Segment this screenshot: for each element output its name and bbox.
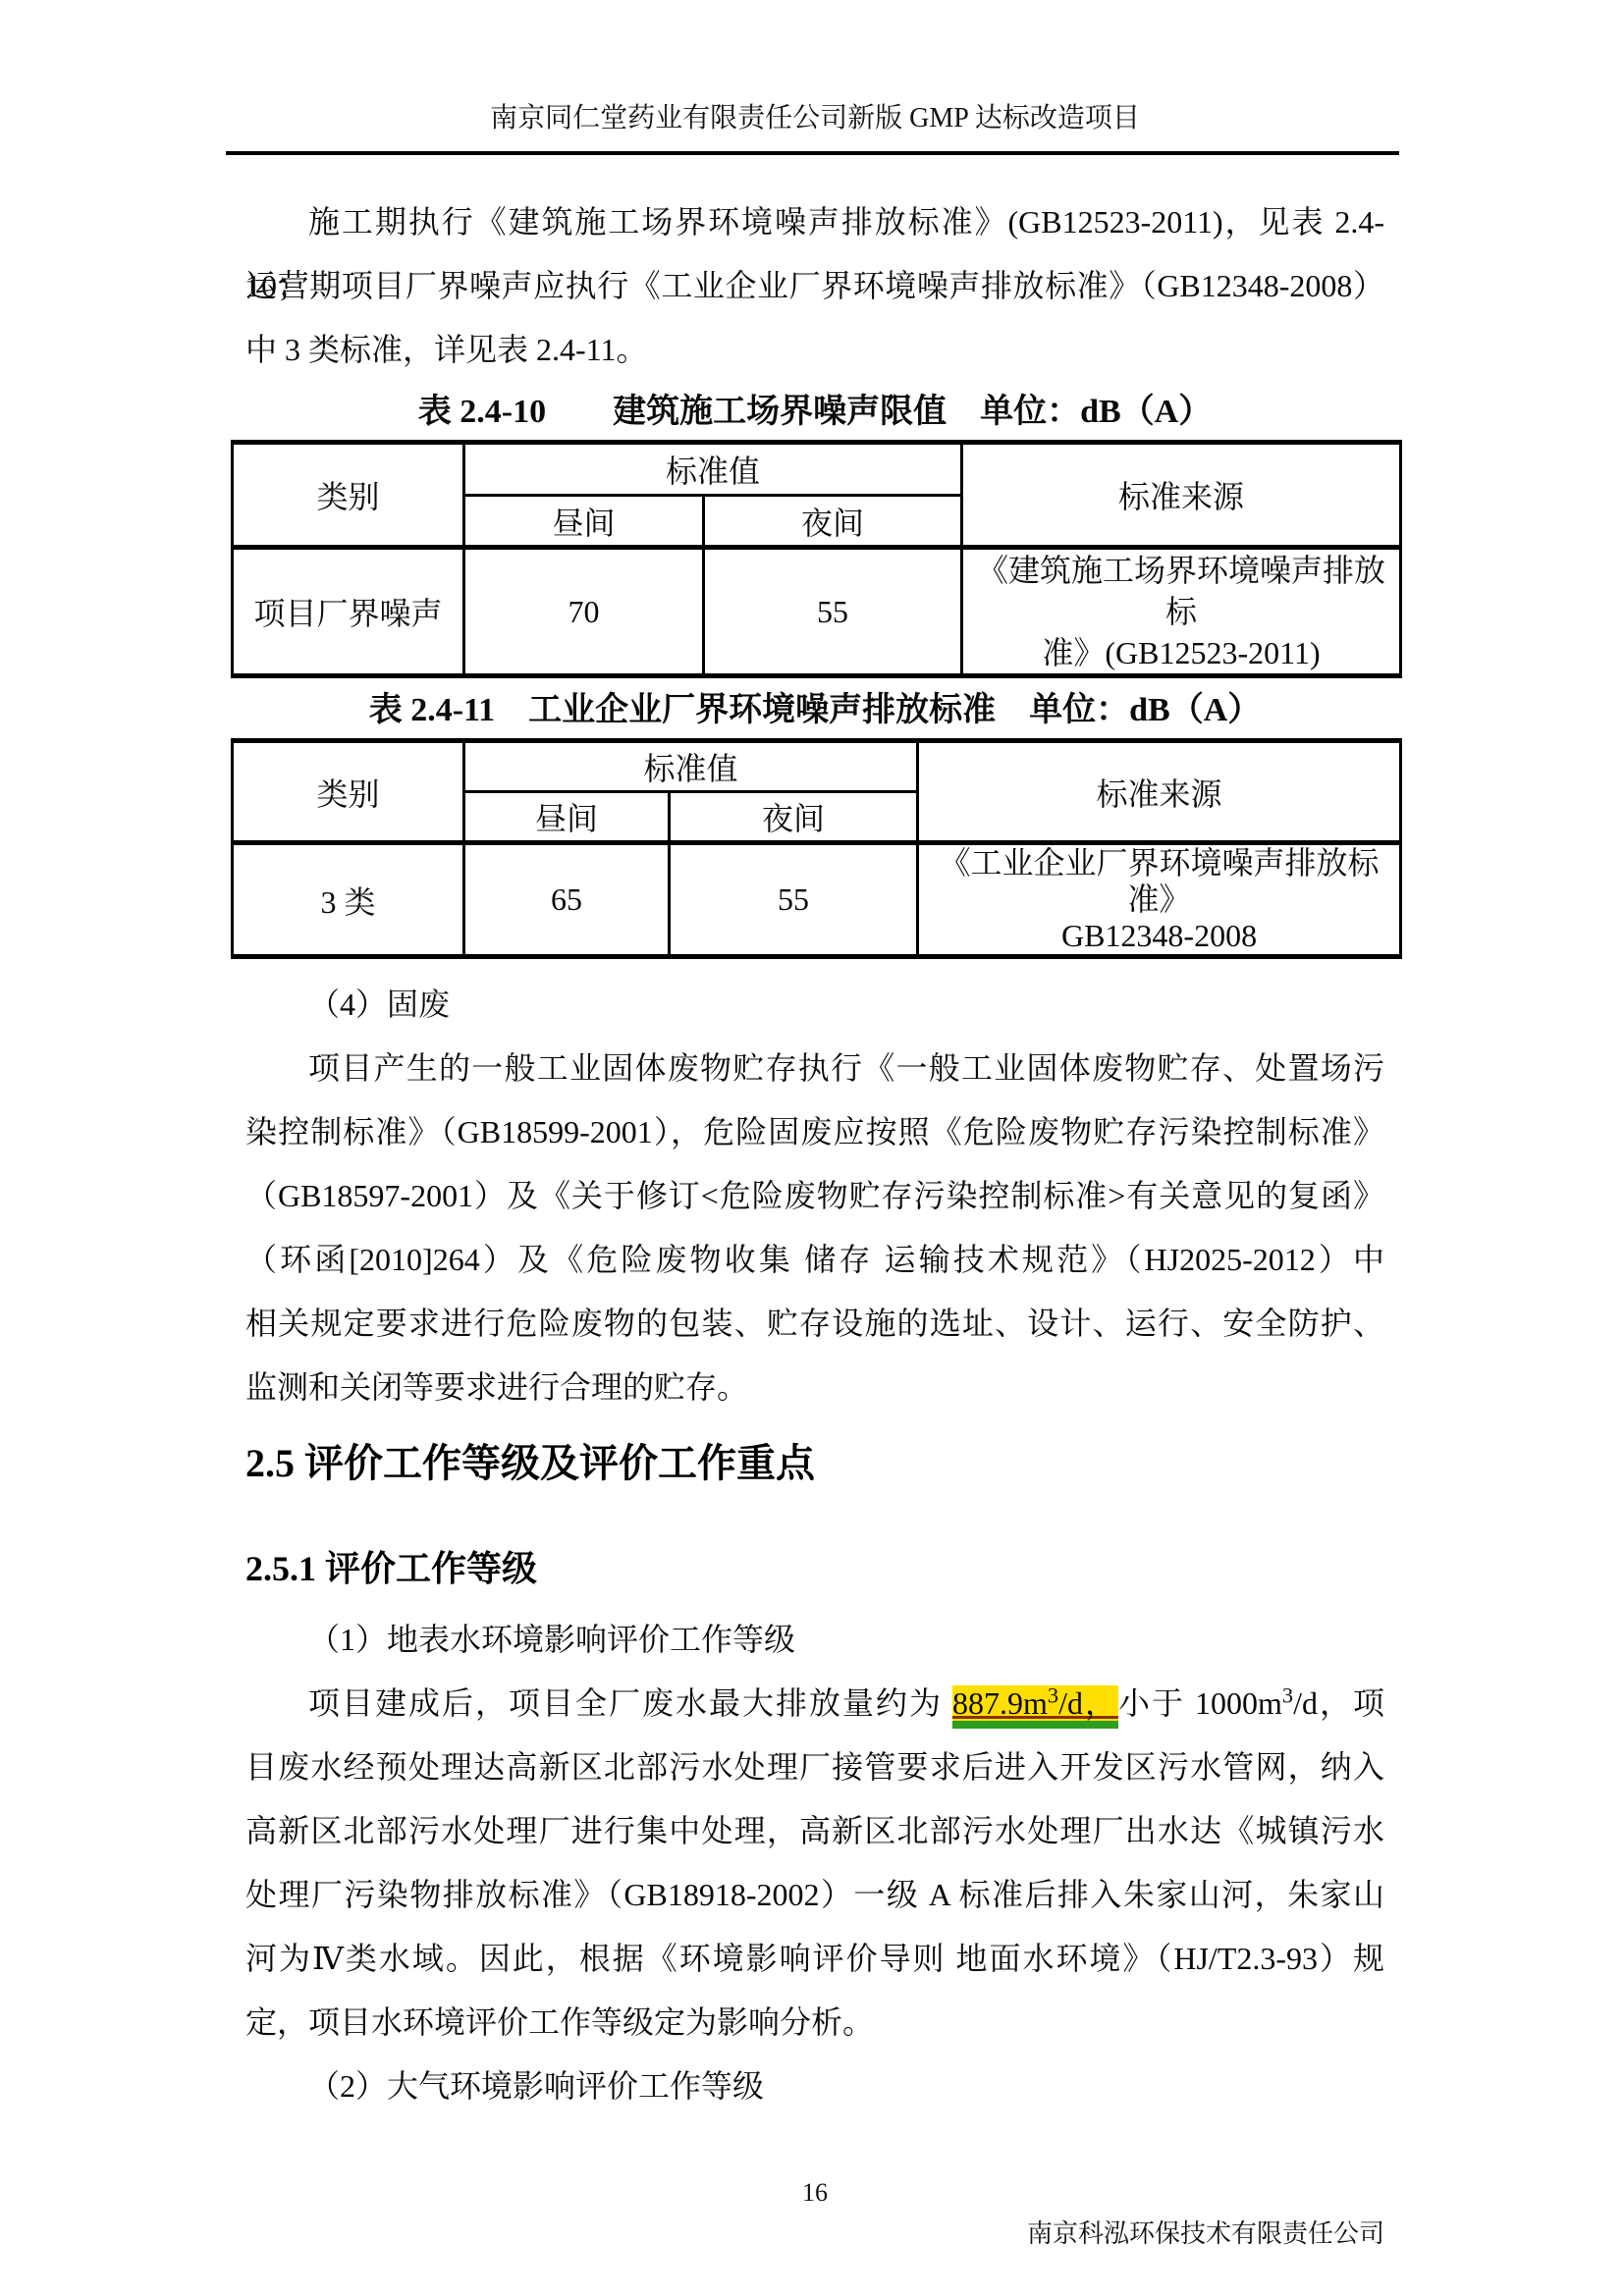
table-header-category: 类别 [233,741,464,843]
table-row: 3 类 65 55 《工业企业厂界环境噪声排放标准》 GB12348-2008 [233,843,1401,957]
paragraph-line: （环函[2010]264）及《危险废物收集 储存 运输技术规范》（HJ2025-… [245,1228,1384,1292]
cell-category: 3 类 [233,843,464,957]
highlight-superscript: 3 [1048,1682,1058,1707]
table-header-source: 标准来源 [918,741,1401,843]
paragraph-line: 河为Ⅳ类水域。因此，根据《环境影响评价导则 地面水环境》（HJ/T2.3-93）… [245,1927,1384,1991]
paragraph-line: 处理厂污染物排放标准》（GB18918-2002）一级 A 标准后排入朱家山河，… [245,1863,1384,1927]
paragraph-line-with-highlight: 项目建成后，项目全厂废水最大排放量约为 887.9m3/d，小于 1000m3/… [245,1672,1384,1735]
cell-nighttime-value: 55 [704,548,962,676]
table-caption-2-4-11: 表 2.4-11 工业企业厂界环境噪声排放标准 单位：dB（A） [231,686,1399,735]
paragraph-line: 中 3 类标准，详见表 2.4-11。 [245,318,1384,382]
list-item-heading: （4）固废 [245,973,1384,1037]
noise-limit-table-2-4-10: 类别 标准值 标准来源 昼间 夜间 项目厂界噪声 70 55 《建筑施工场界环境… [231,440,1402,678]
highlighted-value: 887.9m3/d， [952,1685,1118,1729]
table-caption-2-4-10: 表 2.4-10 建筑施工场界噪声限值 单位：dB（A） [231,388,1399,437]
document-page: 南京同仁堂药业有限责任公司新版 GMP 达标改造项目 施工期执行《建筑施工场界环… [0,0,1624,2293]
solid-waste-paragraph: （4）固废 项目产生的一般工业固体废物贮存执行《一般工业固体废物贮存、处置场污 … [245,973,1384,1419]
paragraph-line: 相关规定要求进行危险废物的包装、贮存设施的选址、设计、运行、安全防护、 [245,1292,1384,1356]
table-header-nighttime: 夜间 [670,792,918,843]
table-header-standard-value: 标准值 [464,443,962,496]
table-row: 项目厂界噪声 70 55 《建筑施工场界环境噪声排放标 准》(GB12523-2… [233,548,1401,676]
list-item-heading: （1）地表水环境影响评价工作等级 [245,1608,1384,1672]
paragraph-line: 项目产生的一般工业固体废物贮存执行《一般工业固体废物贮存、处置场污 [245,1037,1384,1100]
paragraph-line: 施工期执行《建筑施工场界环境噪声排放标准》(GB12523-2011)，见表 2… [245,190,1384,254]
section-heading-2-5: 2.5 评价工作等级及评价工作重点 [245,1435,1384,1492]
cell-daytime-value: 70 [464,548,704,676]
paragraph-line: （GB18597-2001）及《关于修订<危险废物贮存污染控制标准>有关意见的复… [245,1164,1384,1228]
table-header-daytime: 昼间 [464,792,670,843]
paragraph-line: 监测和关闭等要求进行合理的贮存。 [245,1356,1384,1419]
page-header-title: 南京同仁堂药业有限责任公司新版 GMP 达标改造项目 [245,0,1384,133]
table-header-source: 标准来源 [962,443,1401,548]
cell-daytime-value: 65 [464,843,670,957]
noise-standard-table-2-4-11: 类别 标准值 标准来源 昼间 夜间 3 类 65 55 《工业企业厂界环境噪声排… [231,738,1402,959]
cell-source: 《建筑施工场界环境噪声排放标 准》(GB12523-2011) [962,548,1401,676]
text-before-highlight: 项目建成后，项目全厂废水最大排放量约为 [308,1685,952,1721]
paragraph-line: 目废水经预处理达高新区北部污水处理厂接管要求后进入开发区污水管网，纳入 [245,1735,1384,1799]
section-heading-2-5-1: 2.5.1 评价工作等级 [245,1543,1384,1594]
intro-paragraph: 施工期执行《建筑施工场界环境噪声排放标准》(GB12523-2011)，见表 2… [245,190,1384,382]
header-divider [226,151,1399,155]
paragraph-line: 运营期项目厂界噪声应执行《工业企业厂界环境噪声排放标准》（GB12348-200… [245,254,1384,318]
paragraph-line: 定，项目水环境评价工作等级定为影响分析。 [245,1991,1384,2055]
table-header-nighttime: 夜间 [704,496,962,548]
cell-nighttime-value: 55 [670,843,918,957]
water-assessment-paragraph: （1）地表水环境影响评价工作等级 项目建成后，项目全厂废水最大排放量约为 887… [245,1608,1384,2118]
footer-company-name: 南京科泓环保技术有限责任公司 [245,2215,1384,2254]
text-after-highlight: /d，项 [1293,1685,1384,1721]
highlight-base-text: 887.9m [952,1685,1048,1721]
paragraph-line: 高新区北部污水处理厂进行集中处理，高新区北部污水处理厂出水达《城镇污水 [245,1799,1384,1863]
list-item-heading: （2）大气环境影响评价工作等级 [245,2055,1384,2118]
page-number: 16 [245,2173,1384,2213]
highlight-unit-text: /d， [1058,1685,1118,1721]
superscript: 3 [1282,1682,1293,1707]
table-header-daytime: 昼间 [464,496,704,548]
cell-category: 项目厂界噪声 [233,548,464,676]
text-after-highlight: 小于 1000m [1118,1685,1282,1721]
table-header-standard-value: 标准值 [464,741,918,792]
paragraph-line: 染控制标准》（GB18599-2001），危险固废应按照《危险废物贮存污染控制标… [245,1100,1384,1164]
table-header-category: 类别 [233,443,464,548]
cell-source: 《工业企业厂界环境噪声排放标准》 GB12348-2008 [918,843,1401,957]
